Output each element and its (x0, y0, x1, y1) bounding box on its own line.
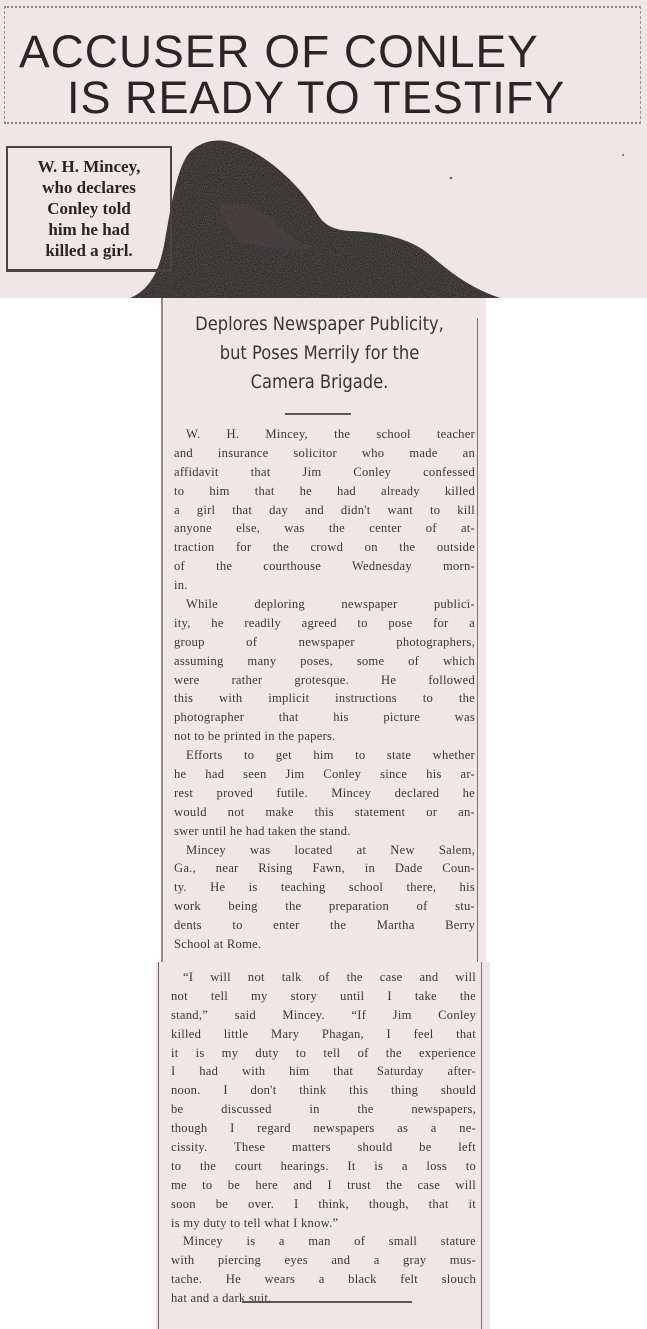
headline-photo-section: ACCUSER OF CONLEY IS READY TO TESTIFY W.… (0, 0, 647, 298)
article-line: group of newspaper photographers, (174, 633, 475, 652)
article-line: with piercing eyes and a gray mus- (171, 1251, 476, 1270)
article-line: a girl that day and didn't want to kill (174, 501, 475, 520)
article-line: W. H. Mincey, the school teacher (174, 425, 475, 444)
article-line: be discussed in the newspapers, (171, 1100, 476, 1119)
subheadline: Deplores Newspaper Publicity, but Poses … (183, 310, 456, 397)
article-line: and insurance solicitor who made an (174, 444, 475, 463)
article-column-1: Deplores Newspaper Publicity, but Poses … (161, 298, 486, 962)
article-line: though I regard newspapers as a ne- (171, 1119, 476, 1138)
article-line: of the courthouse Wednesday morn- (174, 557, 475, 576)
article-line: Mincey was located at New Salem, (174, 841, 475, 860)
subhead-line: Deplores Newspaper Publicity, (183, 310, 456, 339)
article-line: me to be here and I trust the case will (171, 1176, 476, 1195)
article-body-part-1: W. H. Mincey, the school teacherand insu… (174, 425, 475, 954)
column-rule-left (158, 962, 159, 1329)
article-line: would not make this statement or an- (174, 803, 475, 822)
column-rule-right (477, 318, 478, 962)
subhead-line: but Poses Merrily for the (183, 339, 456, 368)
article-line: in. (174, 576, 475, 595)
subhead-divider (285, 413, 351, 415)
article-line: soon be over. I think, though, that it (171, 1195, 476, 1214)
headline-banner: ACCUSER OF CONLEY IS READY TO TESTIFY (4, 6, 641, 124)
article-line: he had seen Jim Conley since his ar- (174, 765, 475, 784)
article-line: affidavit that Jim Conley confessed (174, 463, 475, 482)
article-line: were rather grotesque. He followed (174, 671, 475, 690)
article-line: cissity. These matters should be left (171, 1138, 476, 1157)
article-line: it is my duty to tell of the experience (171, 1044, 476, 1063)
article-line: tache. He wears a black felt slouch (171, 1270, 476, 1289)
caption-line: Conley told (47, 198, 131, 219)
article-line: I had with him that Saturday after- (171, 1062, 476, 1081)
article-line: ty. He is teaching school there, his (174, 878, 475, 897)
article-line: is my duty to tell what I know.” (171, 1214, 476, 1233)
article-line: killed little Mary Phagan, I feel that (171, 1025, 476, 1044)
article-line: Ga., near Rising Fawn, in Dade Coun- (174, 859, 475, 878)
article-line: traction for the crowd on the outside (174, 538, 475, 557)
article-line: ity, he readily agreed to pose for a (174, 614, 475, 633)
article-line: to the court hearings. It is a loss to (171, 1157, 476, 1176)
column-rule-right (481, 962, 482, 1329)
caption-line: him he had (48, 219, 129, 240)
article-line: photographer that his picture was (174, 708, 475, 727)
caption-line: who declares (42, 177, 136, 198)
headline-line-1: ACCUSER OF CONLEY (19, 28, 539, 76)
article-line: not tell my story until I take the (171, 987, 476, 1006)
article-line: rest proved futile. Mincey declared he (174, 784, 475, 803)
article-line: hat and a dark suit. (171, 1289, 476, 1308)
article-line: to him that he had already killed (174, 482, 475, 501)
article-line: Mincey is a man of small stature (171, 1232, 476, 1251)
article-line: swer until he had taken the stand. (174, 822, 475, 841)
caption-line: killed a girl. (45, 240, 132, 261)
article-line: not to be printed in the papers. (174, 727, 475, 746)
article-column-2: “I will not talk of the case and willnot… (156, 962, 490, 1329)
article-line: assuming many poses, some of which (174, 652, 475, 671)
article-line: stand,” said Mincey. “If Jim Conley (171, 1006, 476, 1025)
article-line: this with implicit instructions to the (174, 689, 475, 708)
article-line: anyone else, was the center of at- (174, 519, 475, 538)
headline-line-2: IS READY TO TESTIFY (67, 74, 565, 122)
caption-line: W. H. Mincey, (38, 156, 141, 177)
article-line: School at Rome. (174, 935, 475, 954)
article-line: While deploring newspaper publici- (174, 595, 475, 614)
article-line: dents to enter the Martha Berry (174, 916, 475, 935)
article-line: Efforts to get him to state whether (174, 746, 475, 765)
article-line: noon. I don't think this thing should (171, 1081, 476, 1100)
end-of-article-rule (242, 1301, 412, 1303)
subhead-line: Camera Brigade. (183, 368, 456, 397)
article-body-part-2: “I will not talk of the case and willnot… (171, 968, 476, 1308)
article-line: “I will not talk of the case and will (171, 968, 476, 987)
article-line: work being the preparation of stu- (174, 897, 475, 916)
photo-caption-box: W. H. Mincey, who declares Conley told h… (6, 146, 172, 272)
column-rule-left (161, 298, 163, 962)
